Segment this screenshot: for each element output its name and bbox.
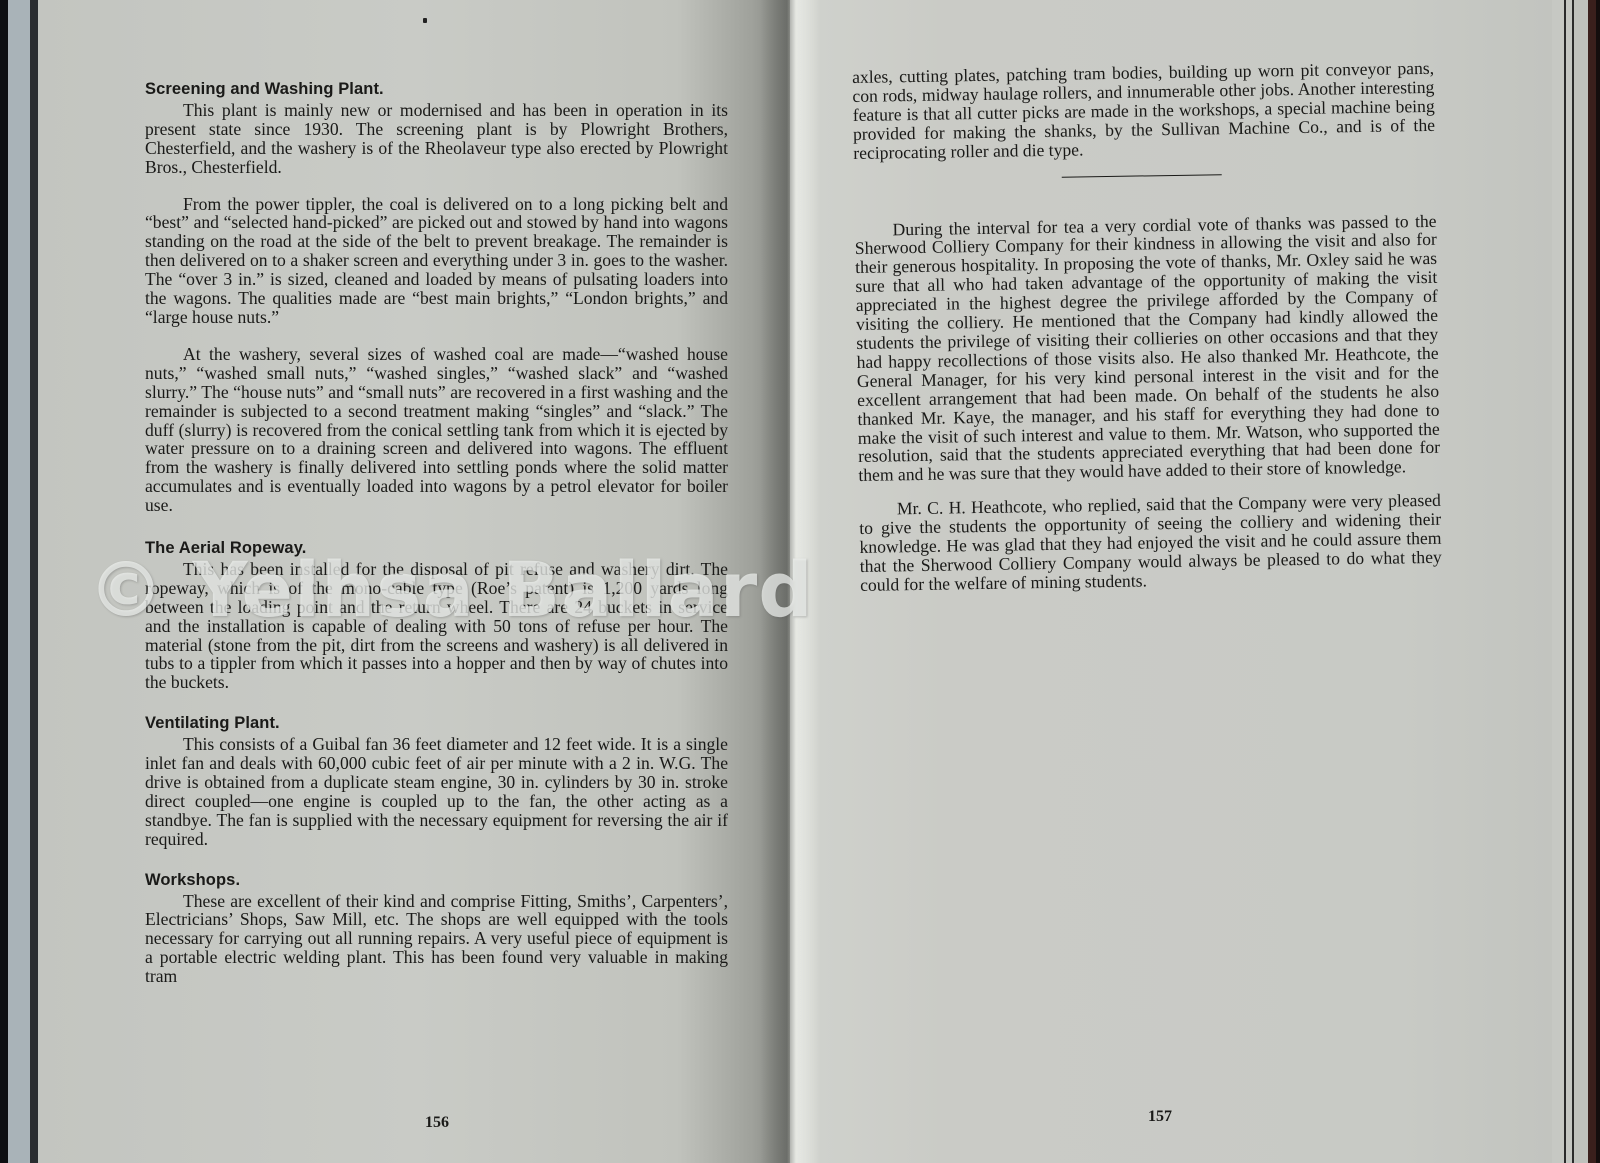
continuation-paragraph: axles, cutting plates, patching tram bod… [852,59,1435,163]
print-speck [423,18,427,23]
left-page: Screening and Washing Plant. This plant … [38,0,790,1163]
section-heading: Ventilating Plant. [145,714,728,733]
section-ventilating-plant: Ventilating Plant. This consists of a Gu… [145,714,728,848]
section-screening-washing: Screening and Washing Plant. This plant … [145,80,728,515]
section-heading: Screening and Washing Plant. [145,80,728,99]
scanner-edge-left [0,0,38,1163]
section-divider-rule [1062,174,1222,178]
paragraph: This has been installed for the disposal… [145,560,728,692]
paragraph: These are excellent of their kind and co… [145,892,728,987]
right-page: axles, cutting plates, patching tram bod… [790,0,1552,1163]
paragraph: From the power tippler, the coal is deli… [145,195,728,327]
section-heading: The Aerial Ropeway. [145,539,728,558]
paragraph: During the interval for tea a very cordi… [854,211,1440,485]
section-workshops: Workshops. These are excellent of their … [145,871,728,986]
right-page-column: axles, cutting plates, patching tram bod… [852,59,1442,595]
page-number: 157 [1148,1108,1172,1126]
paragraph: Mr. C. H. Heathcote, who replied, said t… [859,491,1442,595]
section-heading: Workshops. [145,871,728,890]
page-number: 156 [425,1114,449,1132]
section-aerial-ropeway: The Aerial Ropeway. This has been instal… [145,539,728,692]
book-edge-right [1552,0,1600,1163]
left-page-column: Screening and Washing Plant. This plant … [145,80,728,1005]
paragraph: At the washery, several sizes of washed … [145,345,728,515]
paragraph: This plant is mainly new or modernised a… [145,101,728,177]
paragraph: This consists of a Guibal fan 36 feet di… [145,735,728,848]
